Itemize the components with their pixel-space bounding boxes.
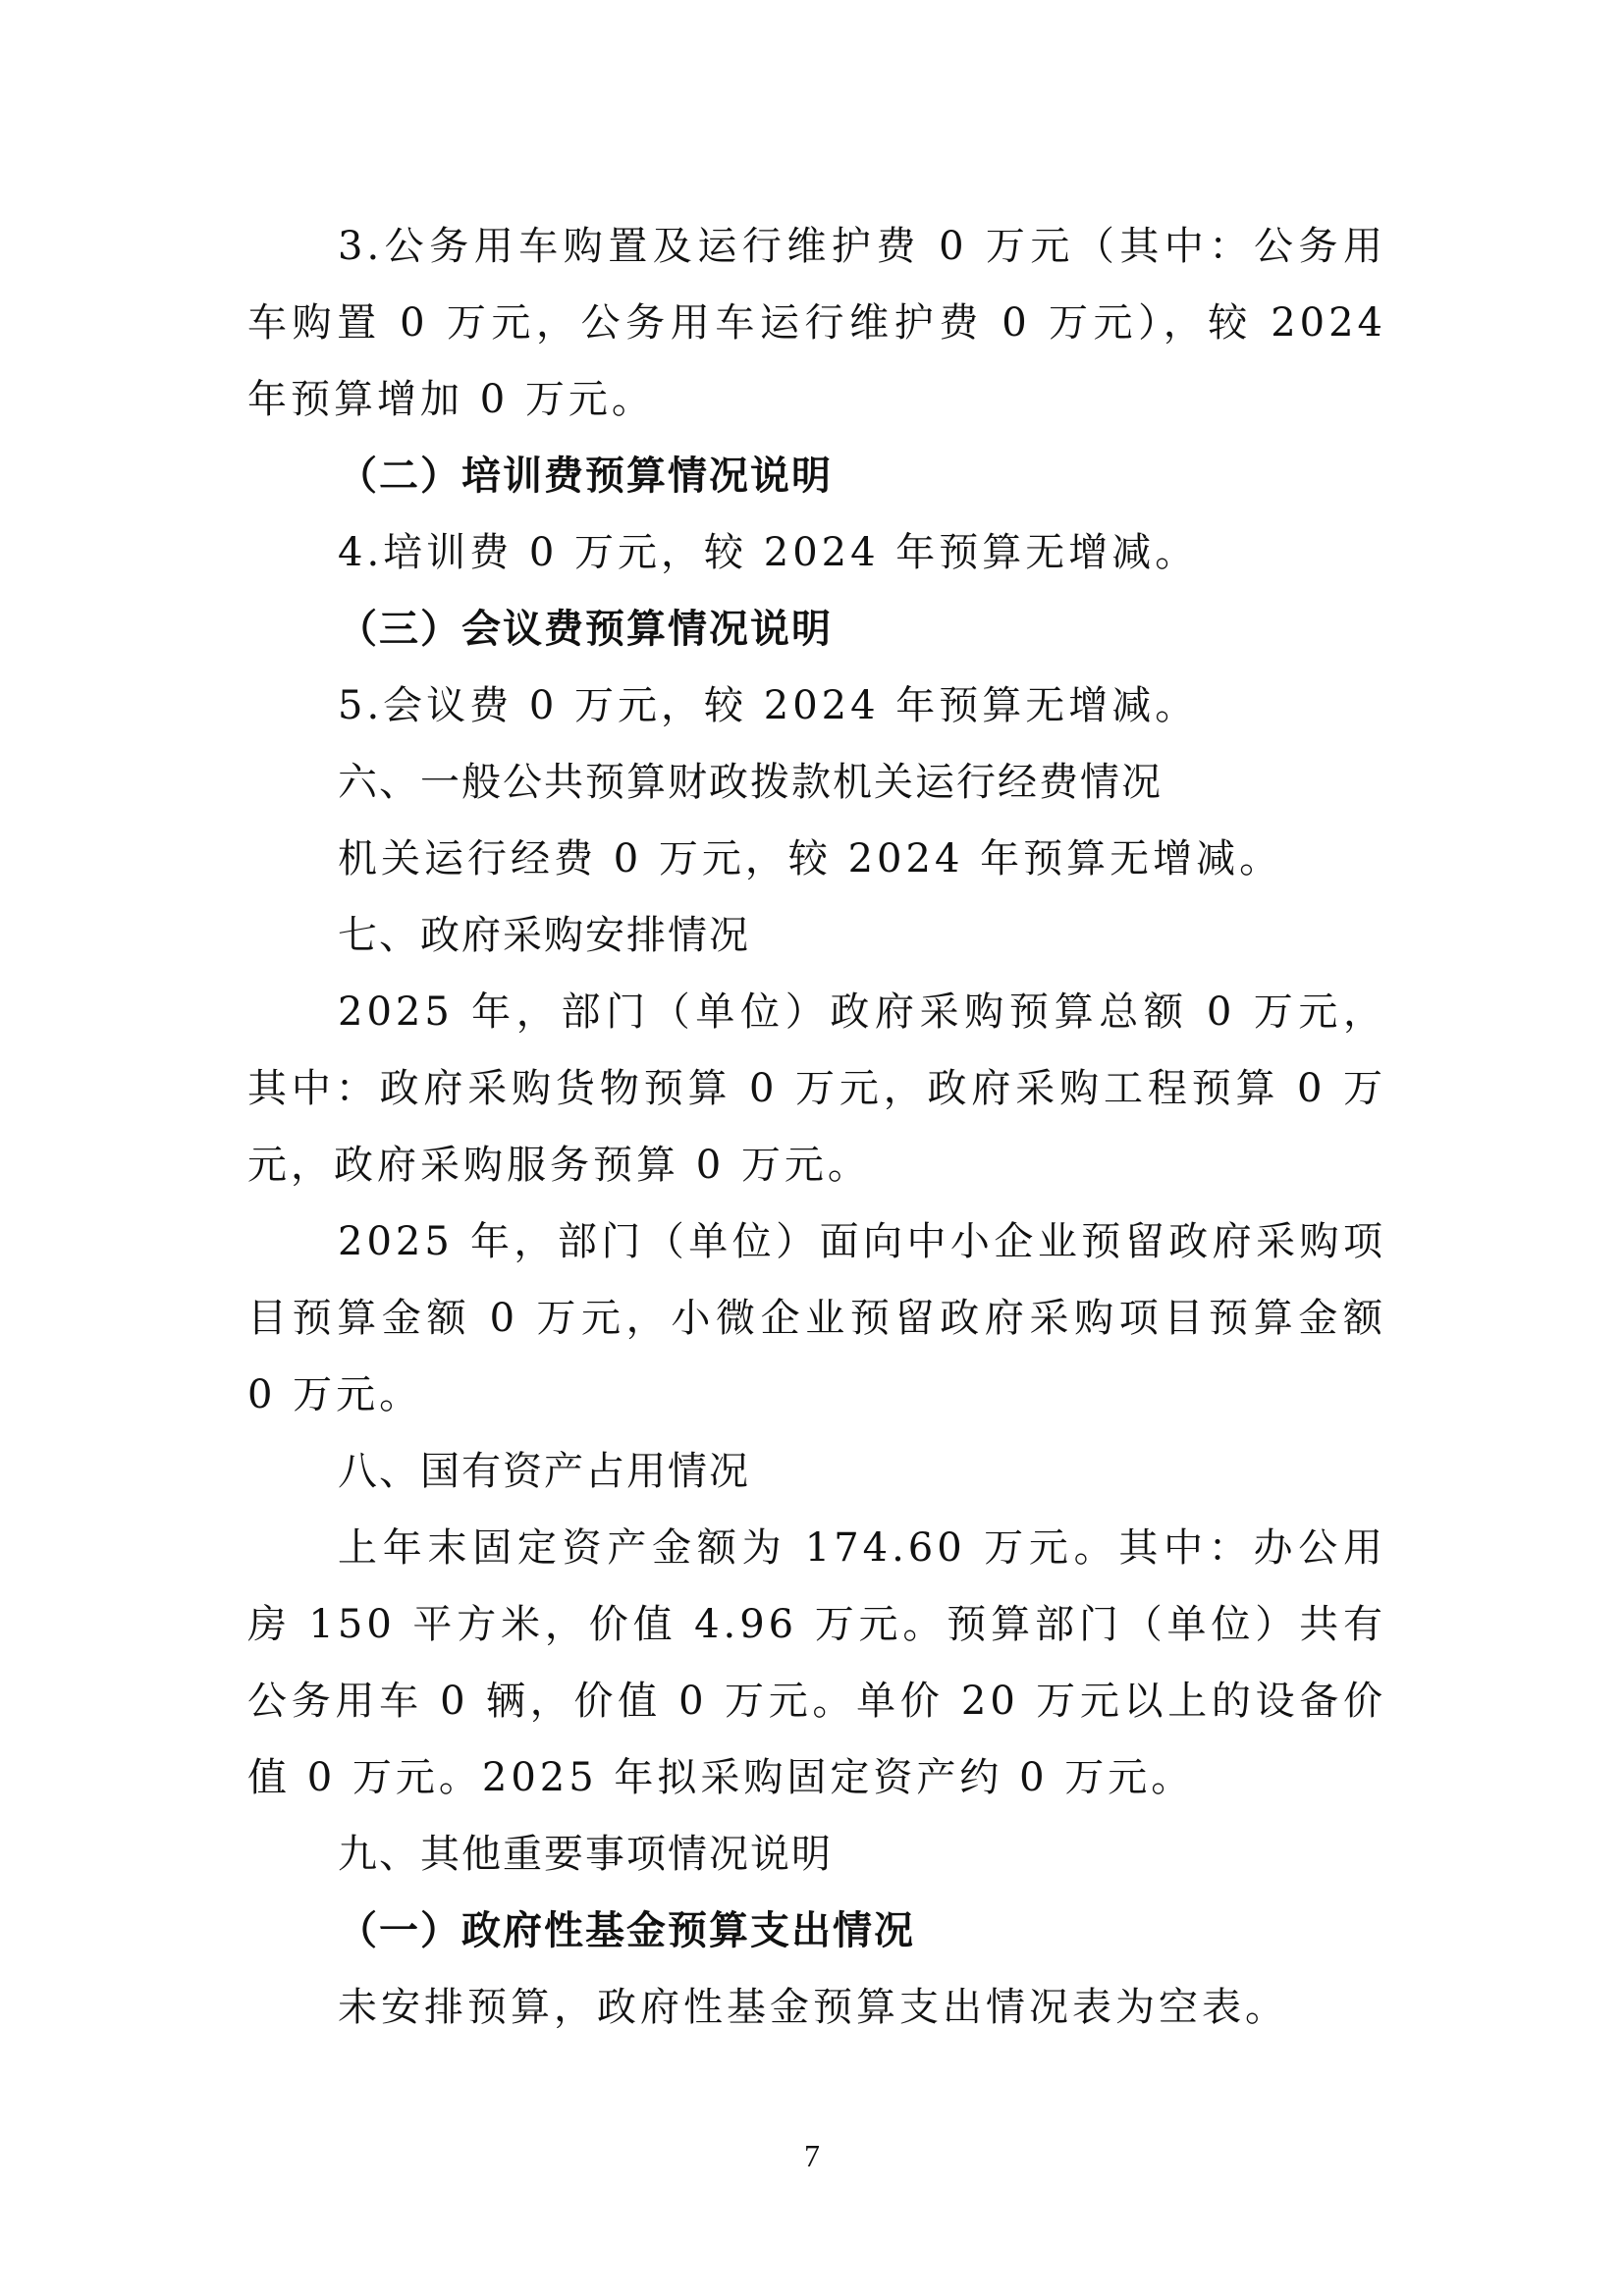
paragraph-operating-expenses: 机关运行经费 0 万元，较 2024 年预算无增减。: [247, 821, 1386, 897]
heading-other-matters: 九、其他重要事项情况说明: [247, 1816, 1386, 1893]
heading-operating-expenses: 六、一般公共预算财政拨款机关运行经费情况: [247, 744, 1386, 821]
heading-procurement: 七、政府采购安排情况: [247, 897, 1386, 974]
subheading-training-fee: （二）培训费预算情况说明: [247, 438, 1386, 514]
subheading-meeting-fee: （三）会议费预算情况说明: [247, 591, 1386, 667]
paragraph-government-fund: 未安排预算，政府性基金预算支出情况表为空表。: [247, 1969, 1386, 2046]
paragraph-procurement-total: 2025 年，部门（单位）政府采购预算总额 0 万元，其中：政府采购货物预算 0…: [247, 974, 1386, 1203]
page-number: 7: [0, 2138, 1624, 2174]
paragraph-meeting-fee: 5.会议费 0 万元，较 2024 年预算无增减。: [247, 667, 1386, 744]
heading-state-assets: 八、国有资产占用情况: [247, 1433, 1386, 1510]
paragraph-state-assets: 上年末固定资产金额为 174.60 万元。其中：办公用房 150 平方米，价值 …: [247, 1510, 1386, 1816]
paragraph-vehicle-expense: 3.公务用车购置及运行维护费 0 万元（其中：公务用车购置 0 万元，公务用车运…: [247, 208, 1386, 438]
paragraph-training-fee: 4.培训费 0 万元，较 2024 年预算无增减。: [247, 514, 1386, 591]
paragraph-procurement-sme: 2025 年，部门（单位）面向中小企业预留政府采购项目预算金额 0 万元，小微企…: [247, 1203, 1386, 1433]
subheading-government-fund: （一）政府性基金预算支出情况: [247, 1893, 1386, 1969]
document-page: 3.公务用车购置及运行维护费 0 万元（其中：公务用车购置 0 万元，公务用车运…: [247, 208, 1386, 2046]
